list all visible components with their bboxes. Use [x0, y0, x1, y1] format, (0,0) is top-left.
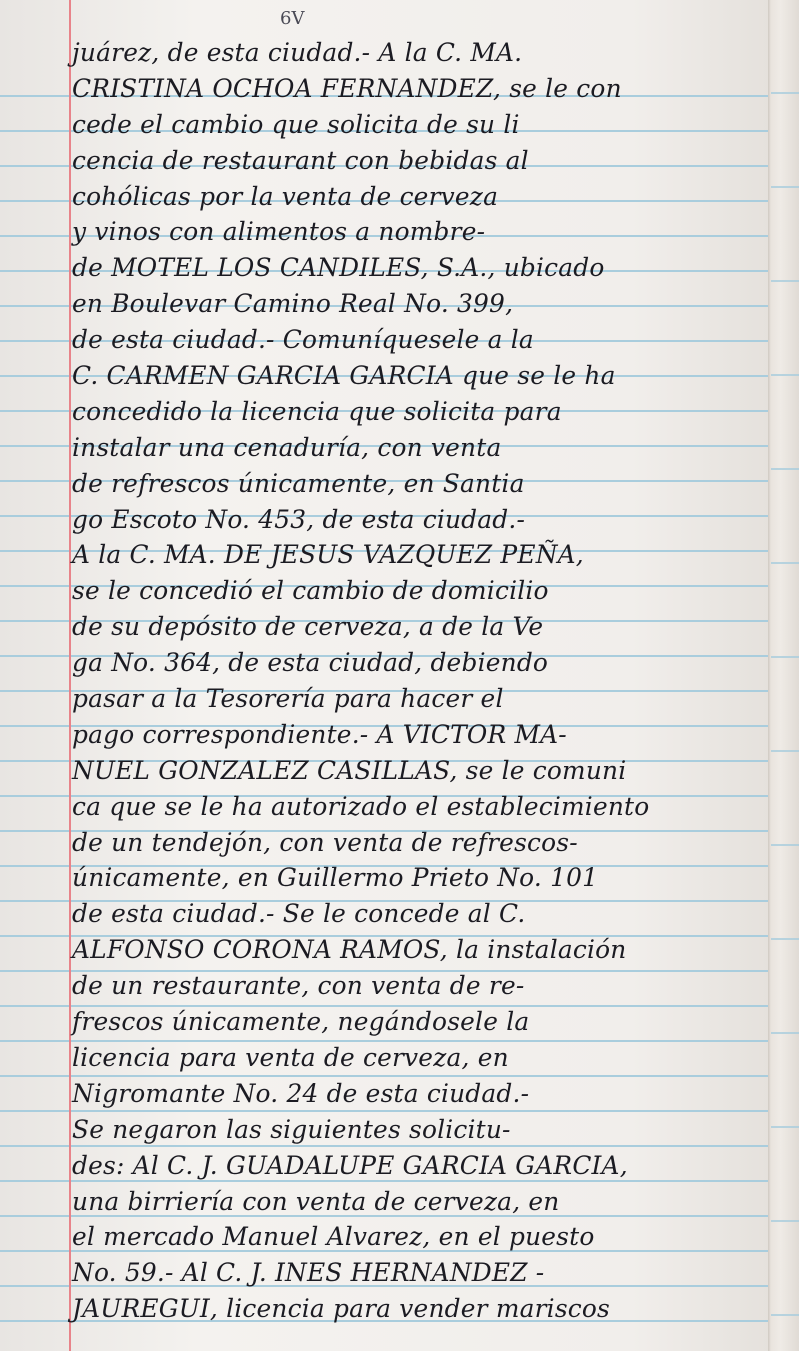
text-line: pasar a la Tesorería para hacer el	[72, 681, 768, 717]
text-line: A la C. MA. DE JESUS VAZQUEZ PEÑA,	[72, 537, 768, 573]
text-line: juárez, de esta ciudad.- A la C. MA.	[72, 35, 768, 71]
text-line: instalar una cenaduría, con venta	[72, 430, 768, 466]
text-line: cencia de restaurant con bebidas al	[72, 143, 768, 179]
text-line: el mercado Manuel Alvarez, en el puesto	[72, 1219, 768, 1255]
text-line: se le concedió el cambio de domicilio	[72, 573, 768, 609]
handwritten-text: juárez, de esta ciudad.- A la C. MA. CRI…	[72, 31, 772, 1327]
text-line: des: Al C. J. GUADALUPE GARCIA GARCIA,	[72, 1148, 768, 1184]
text-line: frescos únicamente, negándosele la	[72, 1004, 768, 1040]
text-line: C. CARMEN GARCIA GARCIA que se le ha	[72, 358, 768, 394]
text-line: cede el cambio que solicita de su li	[72, 107, 768, 143]
text-line: JAUREGUI, licencia para vender mariscos	[72, 1291, 768, 1327]
text-line: de esta ciudad.- Se le concede al C.	[72, 896, 768, 932]
red-margin-line	[69, 0, 71, 1351]
text-line: ALFONSO CORONA RAMOS, la instalación	[72, 932, 768, 968]
text-line: de MOTEL LOS CANDILES, S.A., ubicado	[72, 250, 768, 286]
text-line: Nigromante No. 24 de esta ciudad.-	[72, 1076, 768, 1112]
next-page-ruled-lines	[771, 0, 799, 1351]
text-line: CRISTINA OCHOA FERNANDEZ, se le con	[72, 71, 768, 107]
text-line: de su depósito de cerveza, a de la Ve	[72, 609, 768, 645]
text-line: cohólicas por la venta de cerveza	[72, 179, 768, 215]
text-line: pago correspondiente.- A VICTOR MA-	[72, 717, 768, 753]
text-line: de un restaurante, con venta de re-	[72, 968, 768, 1004]
text-line: NUEL GONZALEZ CASILLAS, se le comuni	[72, 753, 768, 789]
text-line: y vinos con alimentos a nombre-	[72, 214, 768, 250]
text-line: No. 59.- Al C. J. INES HERNANDEZ -	[72, 1255, 768, 1291]
page-number: 6V	[280, 8, 304, 29]
text-line: de esta ciudad.- Comuníquesele a la	[72, 322, 768, 358]
text-line: go Escoto No. 453, de esta ciudad.-	[72, 502, 768, 538]
text-line: ga No. 364, de esta ciudad, debiendo	[72, 645, 768, 681]
text-line: de un tendejón, con venta de refrescos-	[72, 825, 768, 861]
text-line: únicamente, en Guillermo Prieto No. 101	[72, 860, 768, 896]
text-line: concedido la licencia que solicita para	[72, 394, 768, 430]
text-line: Se negaron las siguientes solicitu-	[72, 1112, 768, 1148]
text-line: en Boulevar Camino Real No. 399,	[72, 286, 768, 322]
text-line: una birriería con venta de cerveza, en	[72, 1184, 768, 1220]
text-line: de refrescos únicamente, en Santia	[72, 466, 768, 502]
text-line: licencia para venta de cerveza, en	[72, 1040, 768, 1076]
text-line: ca que se le ha autorizado el establecim…	[72, 789, 768, 825]
